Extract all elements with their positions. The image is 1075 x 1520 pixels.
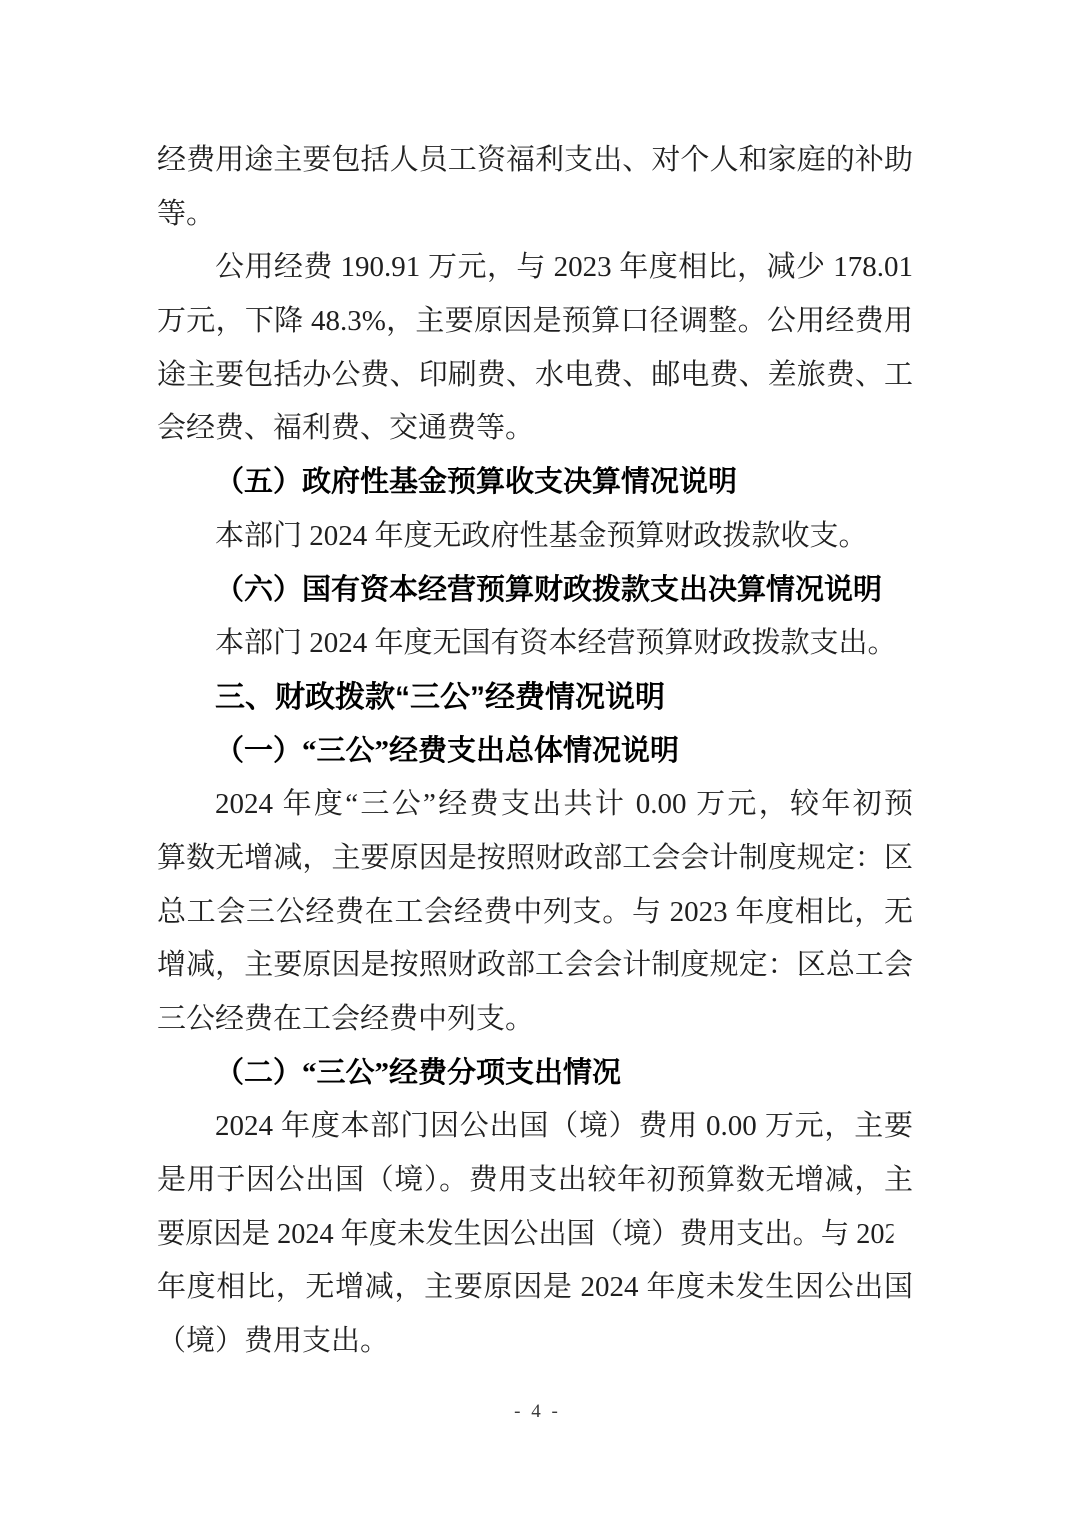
text-line: 增减，主要原因是按照财政部工会会计制度规定：区总工会	[157, 939, 913, 993]
document-page: 经费用途主要包括人员工资福利支出、对个人和家庭的补助等。公用经费 190.91 …	[0, 0, 1075, 1520]
section-heading: （五）政府性基金预算收支决算情况说明	[157, 456, 913, 510]
text-line: 要原因是 2024 年度未发生因公出国（境）费用支出。与 2023	[157, 1208, 894, 1262]
section-heading: 三、财政拨款“三公”经费情况说明	[157, 671, 913, 725]
section-heading: （一）“三公”经费支出总体情况说明	[157, 725, 913, 779]
text-line: 是用于因公出国（境）。费用支出较年初预算数无增减，主	[157, 1154, 913, 1208]
text-line: 本部门 2024 年度无国有资本经营预算财政拨款支出。	[157, 617, 913, 671]
document-body: 经费用途主要包括人员工资福利支出、对个人和家庭的补助等。公用经费 190.91 …	[157, 134, 913, 1369]
text-line: 2024 年度本部门因公出国（境）费用 0.00 万元，主要	[157, 1100, 913, 1154]
section-heading: （二）“三公”经费分项支出情况	[157, 1047, 913, 1101]
text-line: 三公经费在工会经费中列支。	[157, 993, 913, 1047]
text-line: 算数无增减，主要原因是按照财政部工会会计制度规定：区	[157, 832, 913, 886]
text-line: 总工会三公经费在工会经费中列支。与 2023 年度相比，无	[157, 886, 913, 940]
text-line: 公用经费 190.91 万元，与 2023 年度相比，减少 178.01	[157, 241, 913, 295]
text-line: 万元，下降 48.3%，主要原因是预算口径调整。公用经费用	[157, 295, 913, 349]
text-line: 经费用途主要包括人员工资福利支出、对个人和家庭的补助	[157, 134, 913, 188]
page-footer: - 4 -	[0, 1401, 1075, 1423]
text-line: （境）费用支出。	[157, 1315, 913, 1369]
text-line: 年度相比，无增减，主要原因是 2024 年度未发生因公出国	[157, 1261, 913, 1315]
text-line: 会经费、福利费、交通费等。	[157, 402, 913, 456]
text-line: 本部门 2024 年度无政府性基金预算财政拨款收支。	[157, 510, 913, 564]
text-line: 途主要包括办公费、印刷费、水电费、邮电费、差旅费、工	[157, 349, 913, 403]
page-number: - 4 -	[514, 1401, 561, 1422]
text-line: 等。	[157, 188, 913, 242]
text-line: 2024 年度“三公”经费支出共计 0.00 万元，较年初预	[157, 778, 913, 832]
section-heading: （六）国有资本经营预算财政拨款支出决算情况说明	[157, 564, 913, 618]
